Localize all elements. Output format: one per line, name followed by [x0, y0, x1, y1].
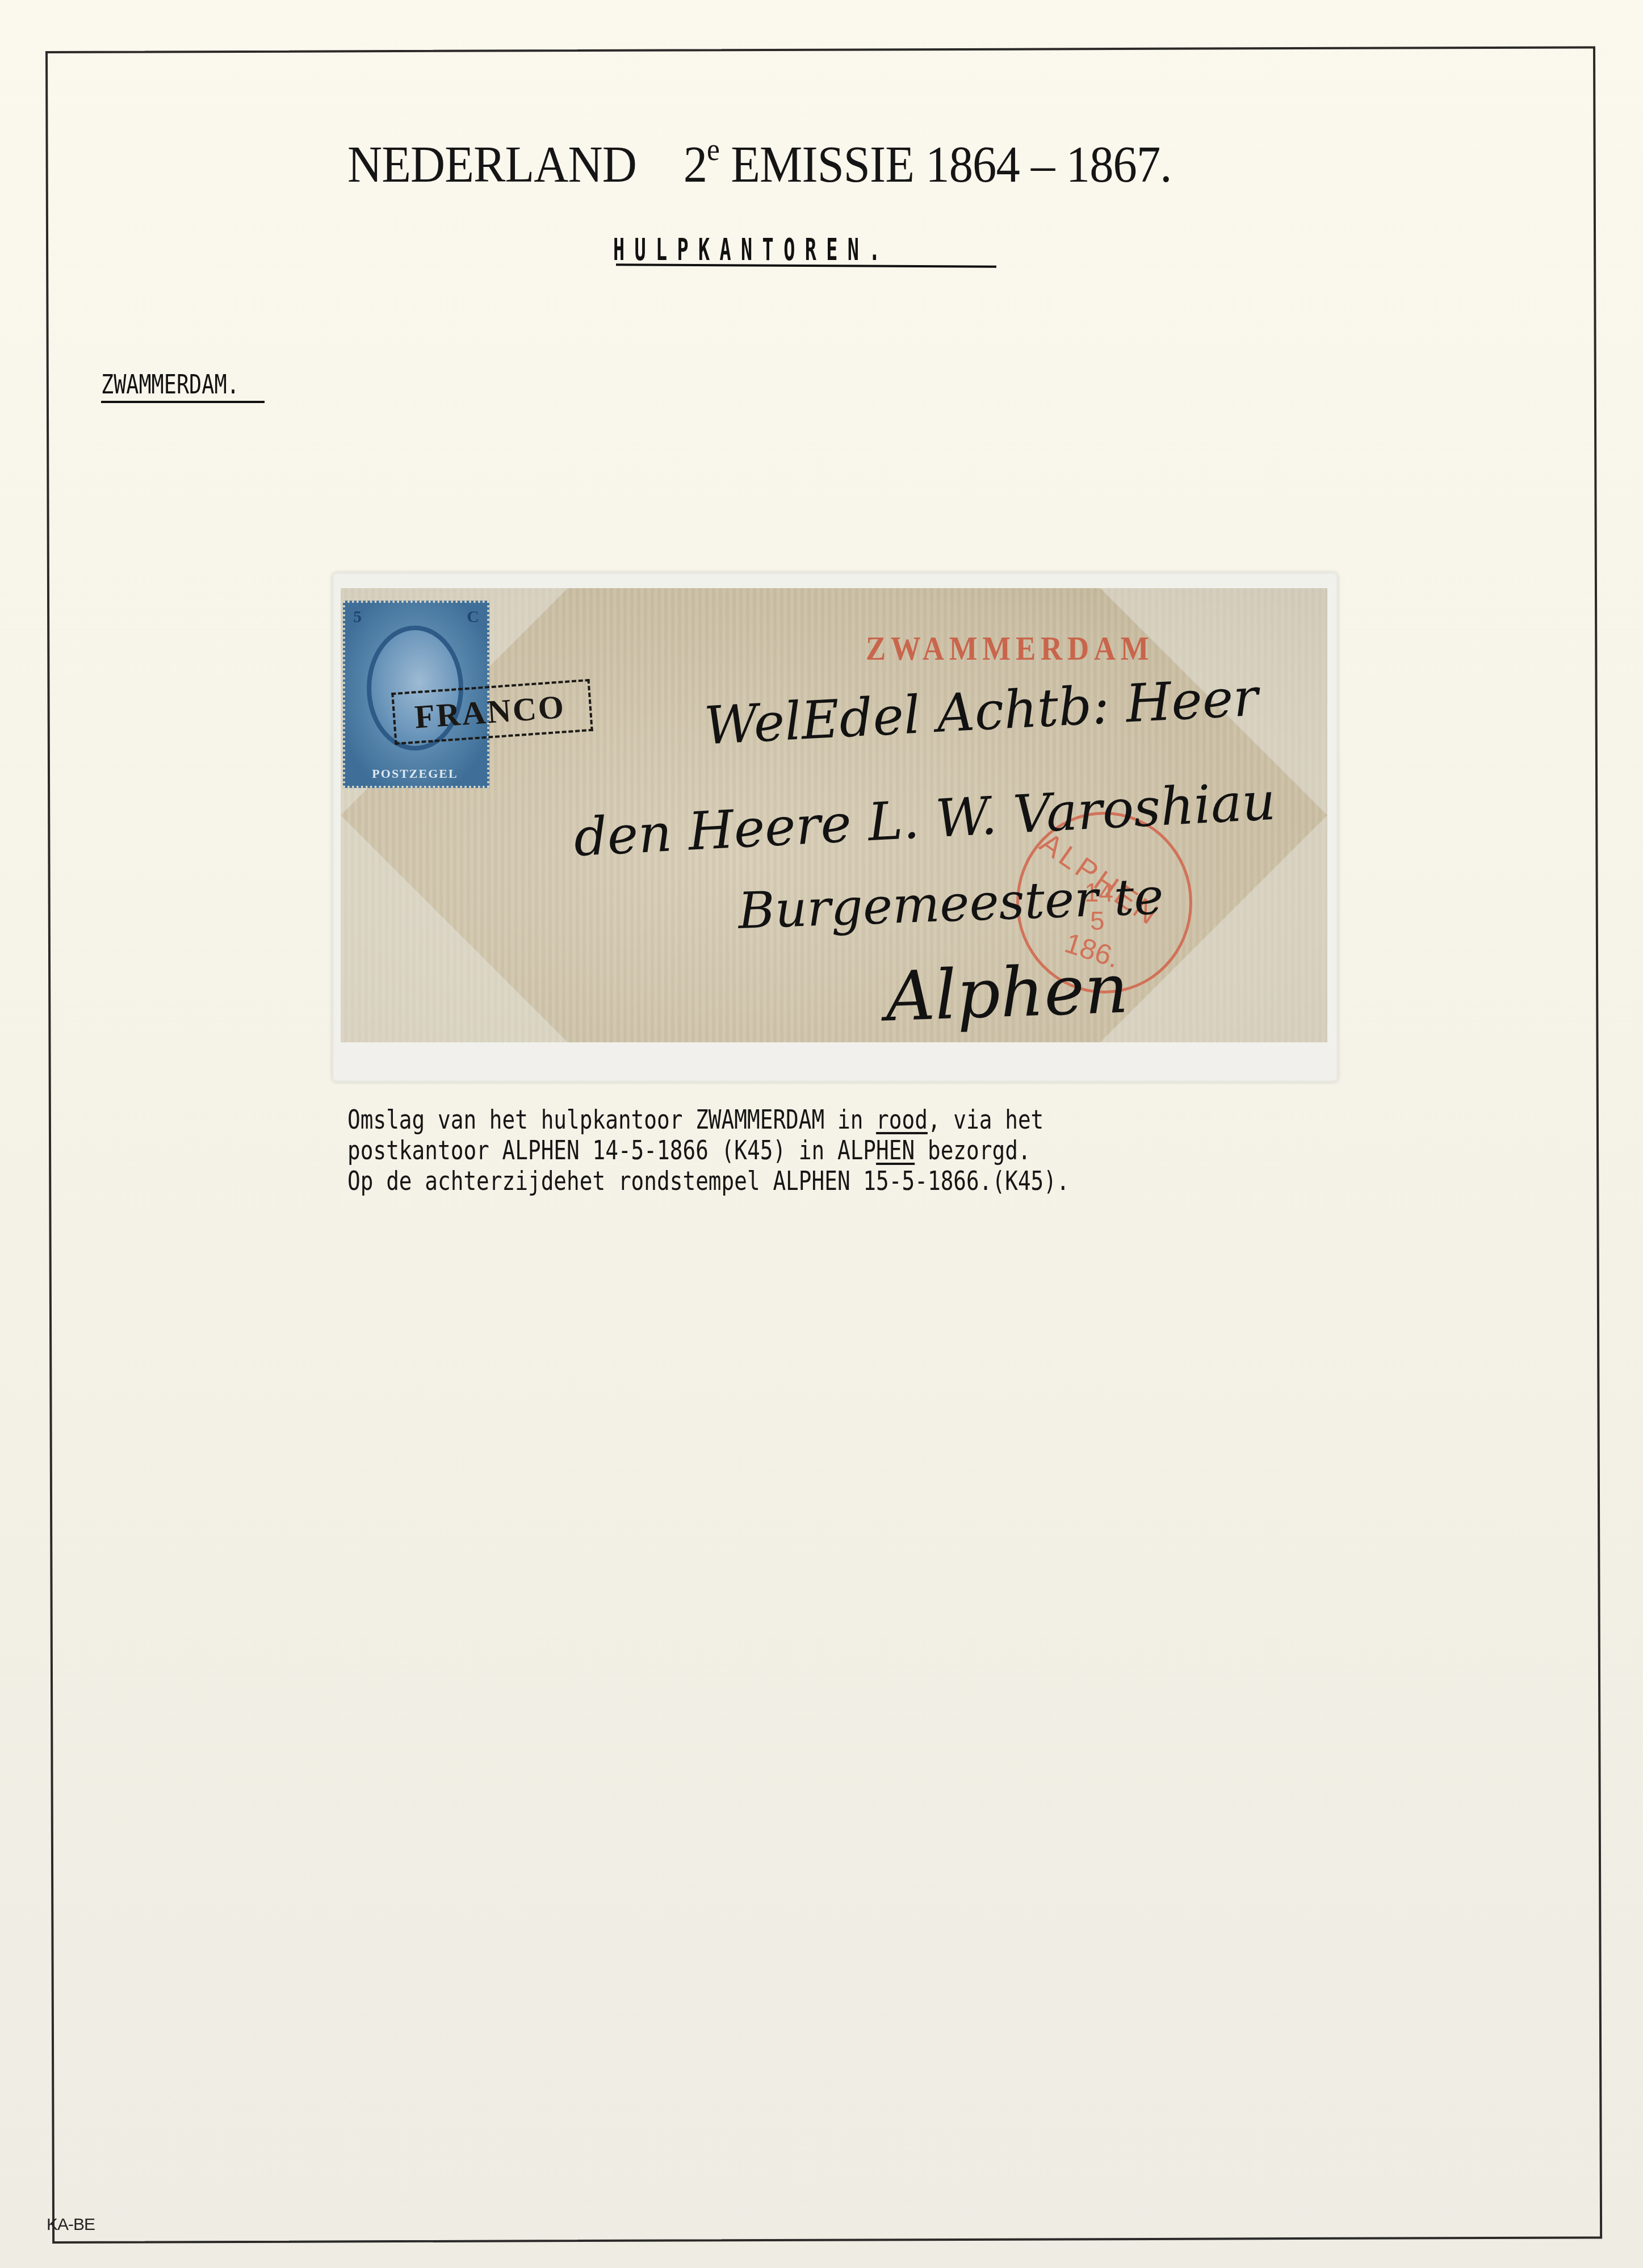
page-subtitle: HULPKANTOREN. — [613, 232, 890, 267]
caption-text: postkantoor ALPHEN 14-5-1866 (K45) in AL… — [347, 1135, 876, 1166]
section-label: ZWAMMERDAM. — [101, 369, 240, 400]
footer-code: KA-BE — [47, 2215, 95, 2235]
caption-text: , via het — [928, 1104, 1043, 1135]
postmark-zwammerdam: ZWAMMERDAM — [866, 629, 1154, 668]
page-title: NEDERLAND2e EMISSIE 1864 – 1867. — [347, 132, 1235, 194]
mount-corner — [341, 815, 568, 1042]
cover-description: Omslag van het hulpkantoor ZWAMMERDAM in… — [347, 1104, 1070, 1196]
title-country: NEDERLAND — [347, 135, 636, 193]
address-line: Alphen — [885, 950, 1130, 1037]
caption-text: bezorgd. — [915, 1135, 1030, 1166]
stamp-denomination-left: 5 — [353, 607, 362, 627]
title-issue-rest: EMISSIE 1864 – 1867. — [731, 135, 1171, 193]
title-issue-suffix: e — [707, 132, 719, 167]
stamp-denomination-right: C — [467, 607, 479, 627]
stamp-inscription: POSTZEGEL — [355, 766, 475, 781]
section-underline — [101, 401, 265, 403]
caption-underlined: rood — [876, 1104, 928, 1135]
caption-underlined: HEN — [876, 1135, 915, 1166]
title-issue-number: 2 — [684, 135, 707, 193]
caption-text: Op de achterzijdehet rondstempel ALPHEN … — [347, 1166, 1070, 1196]
caption-text: Omslag van het hulpkantoor ZWAMMERDAM in — [347, 1104, 876, 1135]
